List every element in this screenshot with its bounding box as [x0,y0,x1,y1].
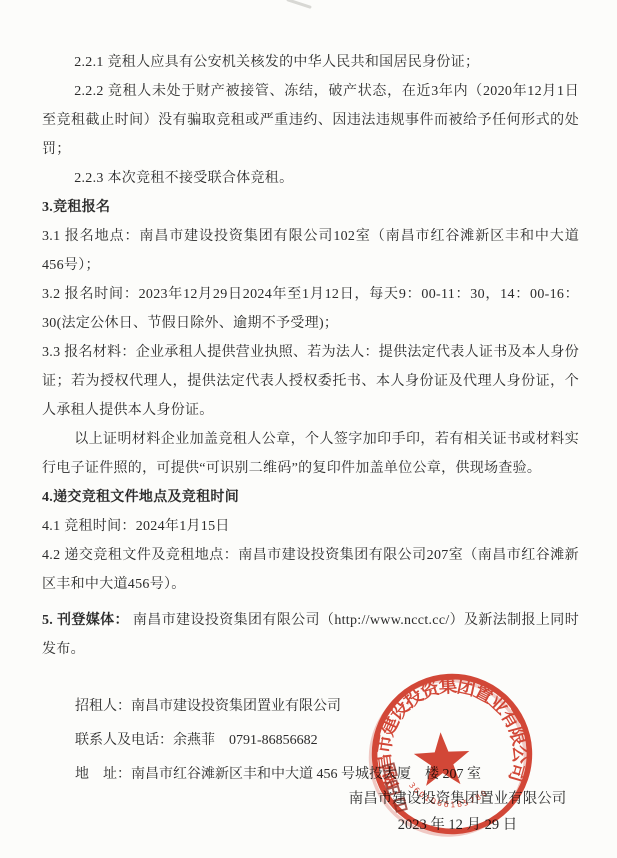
section-5-label: 5. 刊登媒体： [42,613,129,628]
clause-3-3: 3.3 报名材料：企业承租人提供营业执照、若为法人：提供法定代表人证书及本人身份… [42,338,579,425]
signature-block: 南昌市建设投资集团置业有限公司 2023 年 12 月 29 日 [345,786,570,838]
signature-company: 南昌市建设投资集团置业有限公司 [345,786,570,812]
lessor-line: 招租人：南昌市建设投资集团置业有限公司 [75,690,617,724]
section-4-title: 4.递交竞租文件地点及竞租时间 [42,483,579,512]
clause-3-1: 3.1 报名地点：南昌市建设投资集团有限公司102室（南昌市红谷滩新区丰和中大道… [42,222,579,280]
document-body: 2.2.1 竞租人应具有公安机关核发的中华人民共和国居民身份证； 2.2.2 竞… [0,0,617,664]
clause-3-note: 以上证明材料企业加盖竞租人公章，个人签字加印手印，若有相关证书或材料实行电子证件… [42,425,579,483]
clause-2-2-2: 2.2.2 竞租人未处于财产被接管、冻结，破产状态，在近3年内（2020年12月… [42,77,579,164]
clause-2-2-3: 2.2.3 本次竞租不接受联合体竞租。 [42,164,579,193]
document-page: 2.2.1 竞租人应具有公安机关核发的中华人民共和国居民身份证； 2.2.2 竞… [0,0,617,858]
clause-2-2-1: 2.2.1 竞租人应具有公安机关核发的中华人民共和国居民身份证； [42,48,579,77]
contact-phone-line: 联系人及电话：余燕菲 0791-86856682 [75,724,617,758]
contact-block: 招租人：南昌市建设投资集团置业有限公司 联系人及电话：余燕菲 0791-8685… [75,690,617,792]
clause-5: 5. 刊登媒体：南昌市建设投资集团有限公司（http://www.ncct.cc… [42,606,579,664]
section-3-title: 3.竞租报名 [42,193,579,222]
clause-3-2: 3.2 报名时间：2023年12月29日2024年至1月12日，每天9：00-1… [42,280,579,338]
signature-date: 2023 年 12 月 29 日 [345,812,570,838]
clause-4-2: 4.2 递交竞租文件及竞租地点：南昌市建设投资集团有限公司207室（南昌市红谷滩… [42,541,579,599]
clause-4-1: 4.1 竞租时间：2024年1月15日 [42,512,579,541]
